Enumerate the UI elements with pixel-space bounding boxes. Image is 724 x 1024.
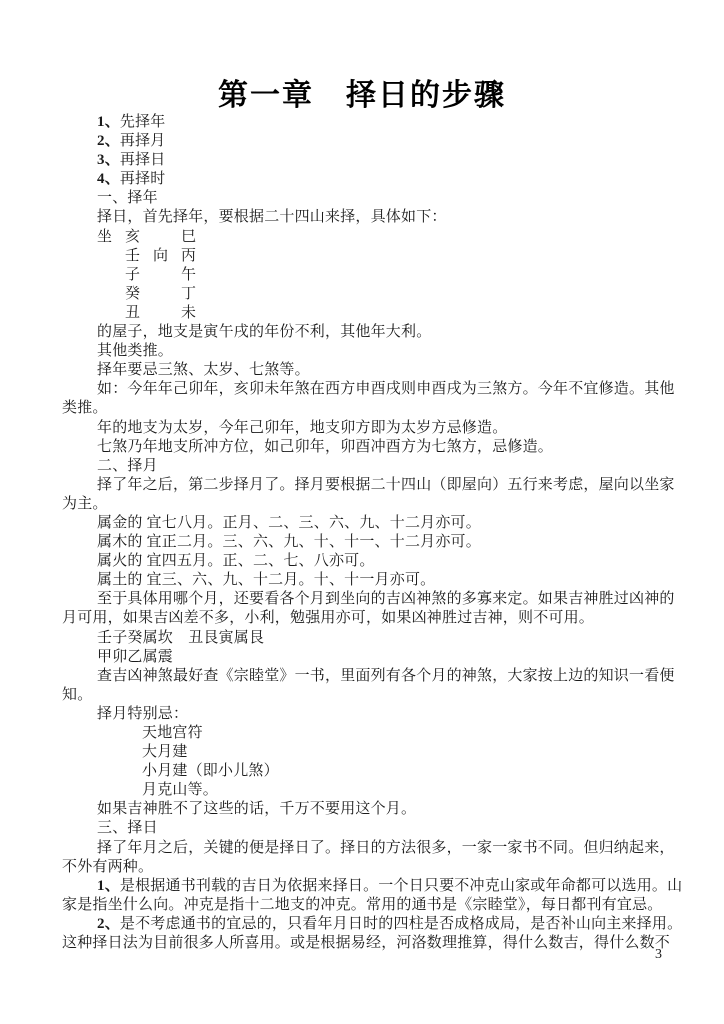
page-number: 3: [655, 946, 662, 964]
line-text: 这种择日法为目前很多人所喜用。或是根据易经，河洛数理推算，得什么数吉，得什么数不: [62, 935, 670, 951]
line-text: 七煞乃年地支所冲方位，如己卯年，卯酉冲酉方为七煞方，忌修造。: [97, 439, 553, 455]
text-line: 3、再择日: [62, 151, 666, 170]
text-line: 属火的 宜四五月。正、二、七、八亦可。: [62, 552, 666, 571]
text-line: 甲卯乙属震: [62, 648, 666, 667]
text-line: 小月建（即小儿煞）: [62, 762, 666, 781]
line-text: 属土的 宜三、六、九、十二月。十、十一月亦可。: [97, 572, 435, 588]
text-line: 壬子癸属坎 丑艮寅属艮: [62, 629, 666, 648]
list-number: 3、: [97, 152, 120, 168]
sitting-facing-diagram-row: 癸丁: [62, 285, 666, 304]
line-text: 二、择月: [97, 458, 158, 474]
diagram-cell: [153, 266, 181, 285]
line-text: 如果吉神胜不了这些的话，千万不要用这个月。: [97, 801, 416, 817]
text-line: 这种择日法为目前很多人所喜用。或是根据易经，河洛数理推算，得什么数吉，得什么数不: [62, 934, 666, 953]
list-number: 1、: [97, 114, 120, 130]
text-line: 4、再择时: [62, 170, 666, 189]
diagram-cell: [97, 266, 125, 285]
text-line: 属金的 宜七八月。正月、二、三、六、九、十二月亦可。: [62, 514, 666, 533]
line-text: 是不考虑通书的宜忌的，只看年月日时的四柱是否成格成局，是否补山向主来择用。: [120, 916, 682, 932]
line-text: 择了年之后，第二步择月了。择月要根据二十四山（即屋向）五行来考虑，屋向以坐家: [97, 477, 675, 493]
document-body: 1、先择年2、再择月3、再择日4、再择时一、择年择日，首先择年，要根据二十四山来…: [62, 113, 666, 953]
list-number: 2、: [97, 916, 120, 932]
text-line: 属木的 宜正二月。三、六、九、十、十一、十二月亦可。: [62, 533, 666, 552]
diagram-cell: [153, 304, 181, 323]
sitting-facing-diagram-row: 坐亥巳: [62, 228, 666, 247]
text-line: 月克山等。: [62, 781, 666, 800]
text-line: 类推。: [62, 399, 666, 418]
line-text: 的屋子，地支是寅午戌的年份不利，其他年大利。: [97, 324, 431, 340]
document-page: 第一章 择日的步骤 1、先择年2、再择月3、再择日4、再择时一、择年择日，首先择…: [0, 0, 724, 1024]
line-text: 不外有两种。: [62, 859, 153, 875]
line-text: 查吉凶神煞最好查《宗睦堂》一书，里面列有各个月的神煞，大家按上边的知识一看便: [97, 668, 675, 684]
text-line: 属土的 宜三、六、九、十二月。十、十一月亦可。: [62, 571, 666, 590]
diagram-cell: 丙: [181, 247, 209, 266]
diagram-cell: 未: [181, 304, 209, 323]
line-text: 天地宫符: [142, 725, 203, 741]
line-text: 为主。: [62, 496, 108, 512]
text-line: 择日，首先择年，要根据二十四山来择，具体如下：: [62, 208, 666, 227]
list-number: 1、: [97, 878, 120, 894]
text-line: 家是指坐什么向。冲克是指十二地支的冲克。常用的通书是《宗睦堂》，每日都刊有宜忌。: [62, 896, 666, 915]
text-line: 1、先择年: [62, 113, 666, 132]
line-text: 三、择日: [97, 820, 158, 836]
text-line: 一、择年: [62, 189, 666, 208]
chapter-title: 第一章 择日的步骤: [0, 70, 724, 114]
line-text: 如：今年年己卯年，亥卯未年煞在西方申酉戌则申酉戌为三煞方。今年不宜修造。其他: [97, 381, 675, 397]
line-text: 是根据通书刊载的吉日为依据来择日。一个日只要不冲克山家或年命都可以选用。山: [120, 878, 682, 894]
text-line: 2、再择月: [62, 132, 666, 151]
line-text: 择日，首先择年，要根据二十四山来择，具体如下：: [97, 209, 447, 225]
text-line: 年的地支为太岁，今年己卯年，地支卯方即为太岁方忌修造。: [62, 419, 666, 438]
diagram-cell: [153, 228, 181, 247]
line-text: 一、择年: [97, 190, 158, 206]
text-line: 择月特别忌：: [62, 705, 666, 724]
line-text: 择月特别忌：: [97, 706, 188, 722]
list-number: 2、: [97, 133, 120, 149]
text-line: 三、择日: [62, 819, 666, 838]
text-line: 七煞乃年地支所冲方位，如己卯年，卯酉冲酉方为七煞方，忌修造。: [62, 438, 666, 457]
text-line: 如果吉神胜不了这些的话，千万不要用这个月。: [62, 800, 666, 819]
diagram-cell: [97, 285, 125, 304]
text-line: 2、是不考虑通书的宜忌的，只看年月日时的四柱是否成格成局，是否补山向主来择用。: [62, 915, 666, 934]
line-text: 家是指坐什么向。冲克是指十二地支的冲克。常用的通书是《宗睦堂》，每日都刊有宜忌。: [62, 897, 663, 913]
diagram-cell: [153, 285, 181, 304]
text-line: 其他类推。: [62, 342, 666, 361]
list-number: 4、: [97, 171, 120, 187]
line-text: 再择日: [120, 152, 166, 168]
diagram-cell: 子: [125, 266, 153, 285]
diagram-cell: 坐: [97, 228, 125, 247]
line-text: 属火的 宜四五月。正、二、七、八亦可。: [97, 553, 375, 569]
text-line: 大月建: [62, 743, 666, 762]
line-text: 再择月: [120, 133, 166, 149]
diagram-cell: 癸: [125, 285, 153, 304]
line-text: 类推。: [62, 400, 108, 416]
line-text: 年的地支为太岁，今年己卯年，地支卯方即为太岁方忌修造。: [97, 420, 507, 436]
line-text: 择年要忌三煞、太岁、七煞等。: [97, 362, 310, 378]
line-text: 月克山等。: [142, 782, 218, 798]
diagram-cell: [97, 247, 125, 266]
text-line: 择了年月之后，关键的便是择日了。择日的方法很多，一家一家书不同。但归纳起来，: [62, 839, 666, 858]
line-text: 再择时: [120, 171, 166, 187]
sitting-facing-diagram-row: 丑未: [62, 304, 666, 323]
line-text: 择了年月之后，关键的便是择日了。择日的方法很多，一家一家书不同。但归纳起来，: [97, 840, 675, 856]
sitting-facing-diagram-row: 子午: [62, 266, 666, 285]
text-line: 知。: [62, 686, 666, 705]
sitting-facing-diagram-row: 壬向丙: [62, 247, 666, 266]
text-line: 查吉凶神煞最好查《宗睦堂》一书，里面列有各个月的神煞，大家按上边的知识一看便: [62, 667, 666, 686]
line-text: 壬子癸属坎 丑艮寅属艮: [97, 630, 264, 646]
text-line: 1、是根据通书刊载的吉日为依据来择日。一个日只要不冲克山家或年命都可以选用。山: [62, 877, 666, 896]
text-line: 二、择月: [62, 457, 666, 476]
text-line: 天地宫符: [62, 724, 666, 743]
text-line: 不外有两种。: [62, 858, 666, 877]
text-line: 为主。: [62, 495, 666, 514]
line-text: 至于具体用哪个月，还要看各个月到坐向的吉凶神煞的多寡来定。如果吉神胜过凶神的: [97, 591, 675, 607]
line-text: 月可用，如果吉凶差不多，小利，勉强用亦可，如果凶神胜过吉神，则不可用。: [62, 610, 594, 626]
diagram-cell: 丑: [125, 304, 153, 323]
diagram-cell: 向: [153, 247, 181, 266]
diagram-cell: 丁: [181, 285, 209, 304]
line-text: 其他类推。: [97, 343, 173, 359]
diagram-cell: [97, 304, 125, 323]
line-text: 属金的 宜七八月。正月、二、三、六、九、十二月亦可。: [97, 515, 481, 531]
line-text: 大月建: [142, 744, 188, 760]
line-text: 属木的 宜正二月。三、六、九、十、十一、十二月亦可。: [97, 534, 481, 550]
diagram-cell: 午: [181, 266, 209, 285]
diagram-cell: 巳: [181, 228, 209, 247]
text-line: 如：今年年己卯年，亥卯未年煞在西方申酉戌则申酉戌为三煞方。今年不宜修造。其他: [62, 380, 666, 399]
line-text: 小月建（即小儿煞）: [142, 763, 279, 779]
diagram-cell: 亥: [125, 228, 153, 247]
line-text: 先择年: [120, 114, 166, 130]
text-line: 至于具体用哪个月，还要看各个月到坐向的吉凶神煞的多寡来定。如果吉神胜过凶神的: [62, 590, 666, 609]
text-line: 择年要忌三煞、太岁、七煞等。: [62, 361, 666, 380]
text-line: 的屋子，地支是寅午戌的年份不利，其他年大利。: [62, 323, 666, 342]
line-text: 知。: [62, 687, 92, 703]
text-line: 择了年之后，第二步择月了。择月要根据二十四山（即屋向）五行来考虑，屋向以坐家: [62, 476, 666, 495]
line-text: 甲卯乙属震: [97, 649, 173, 665]
text-line: 月可用，如果吉凶差不多，小利，勉强用亦可，如果凶神胜过吉神，则不可用。: [62, 609, 666, 628]
diagram-cell: 壬: [125, 247, 153, 266]
